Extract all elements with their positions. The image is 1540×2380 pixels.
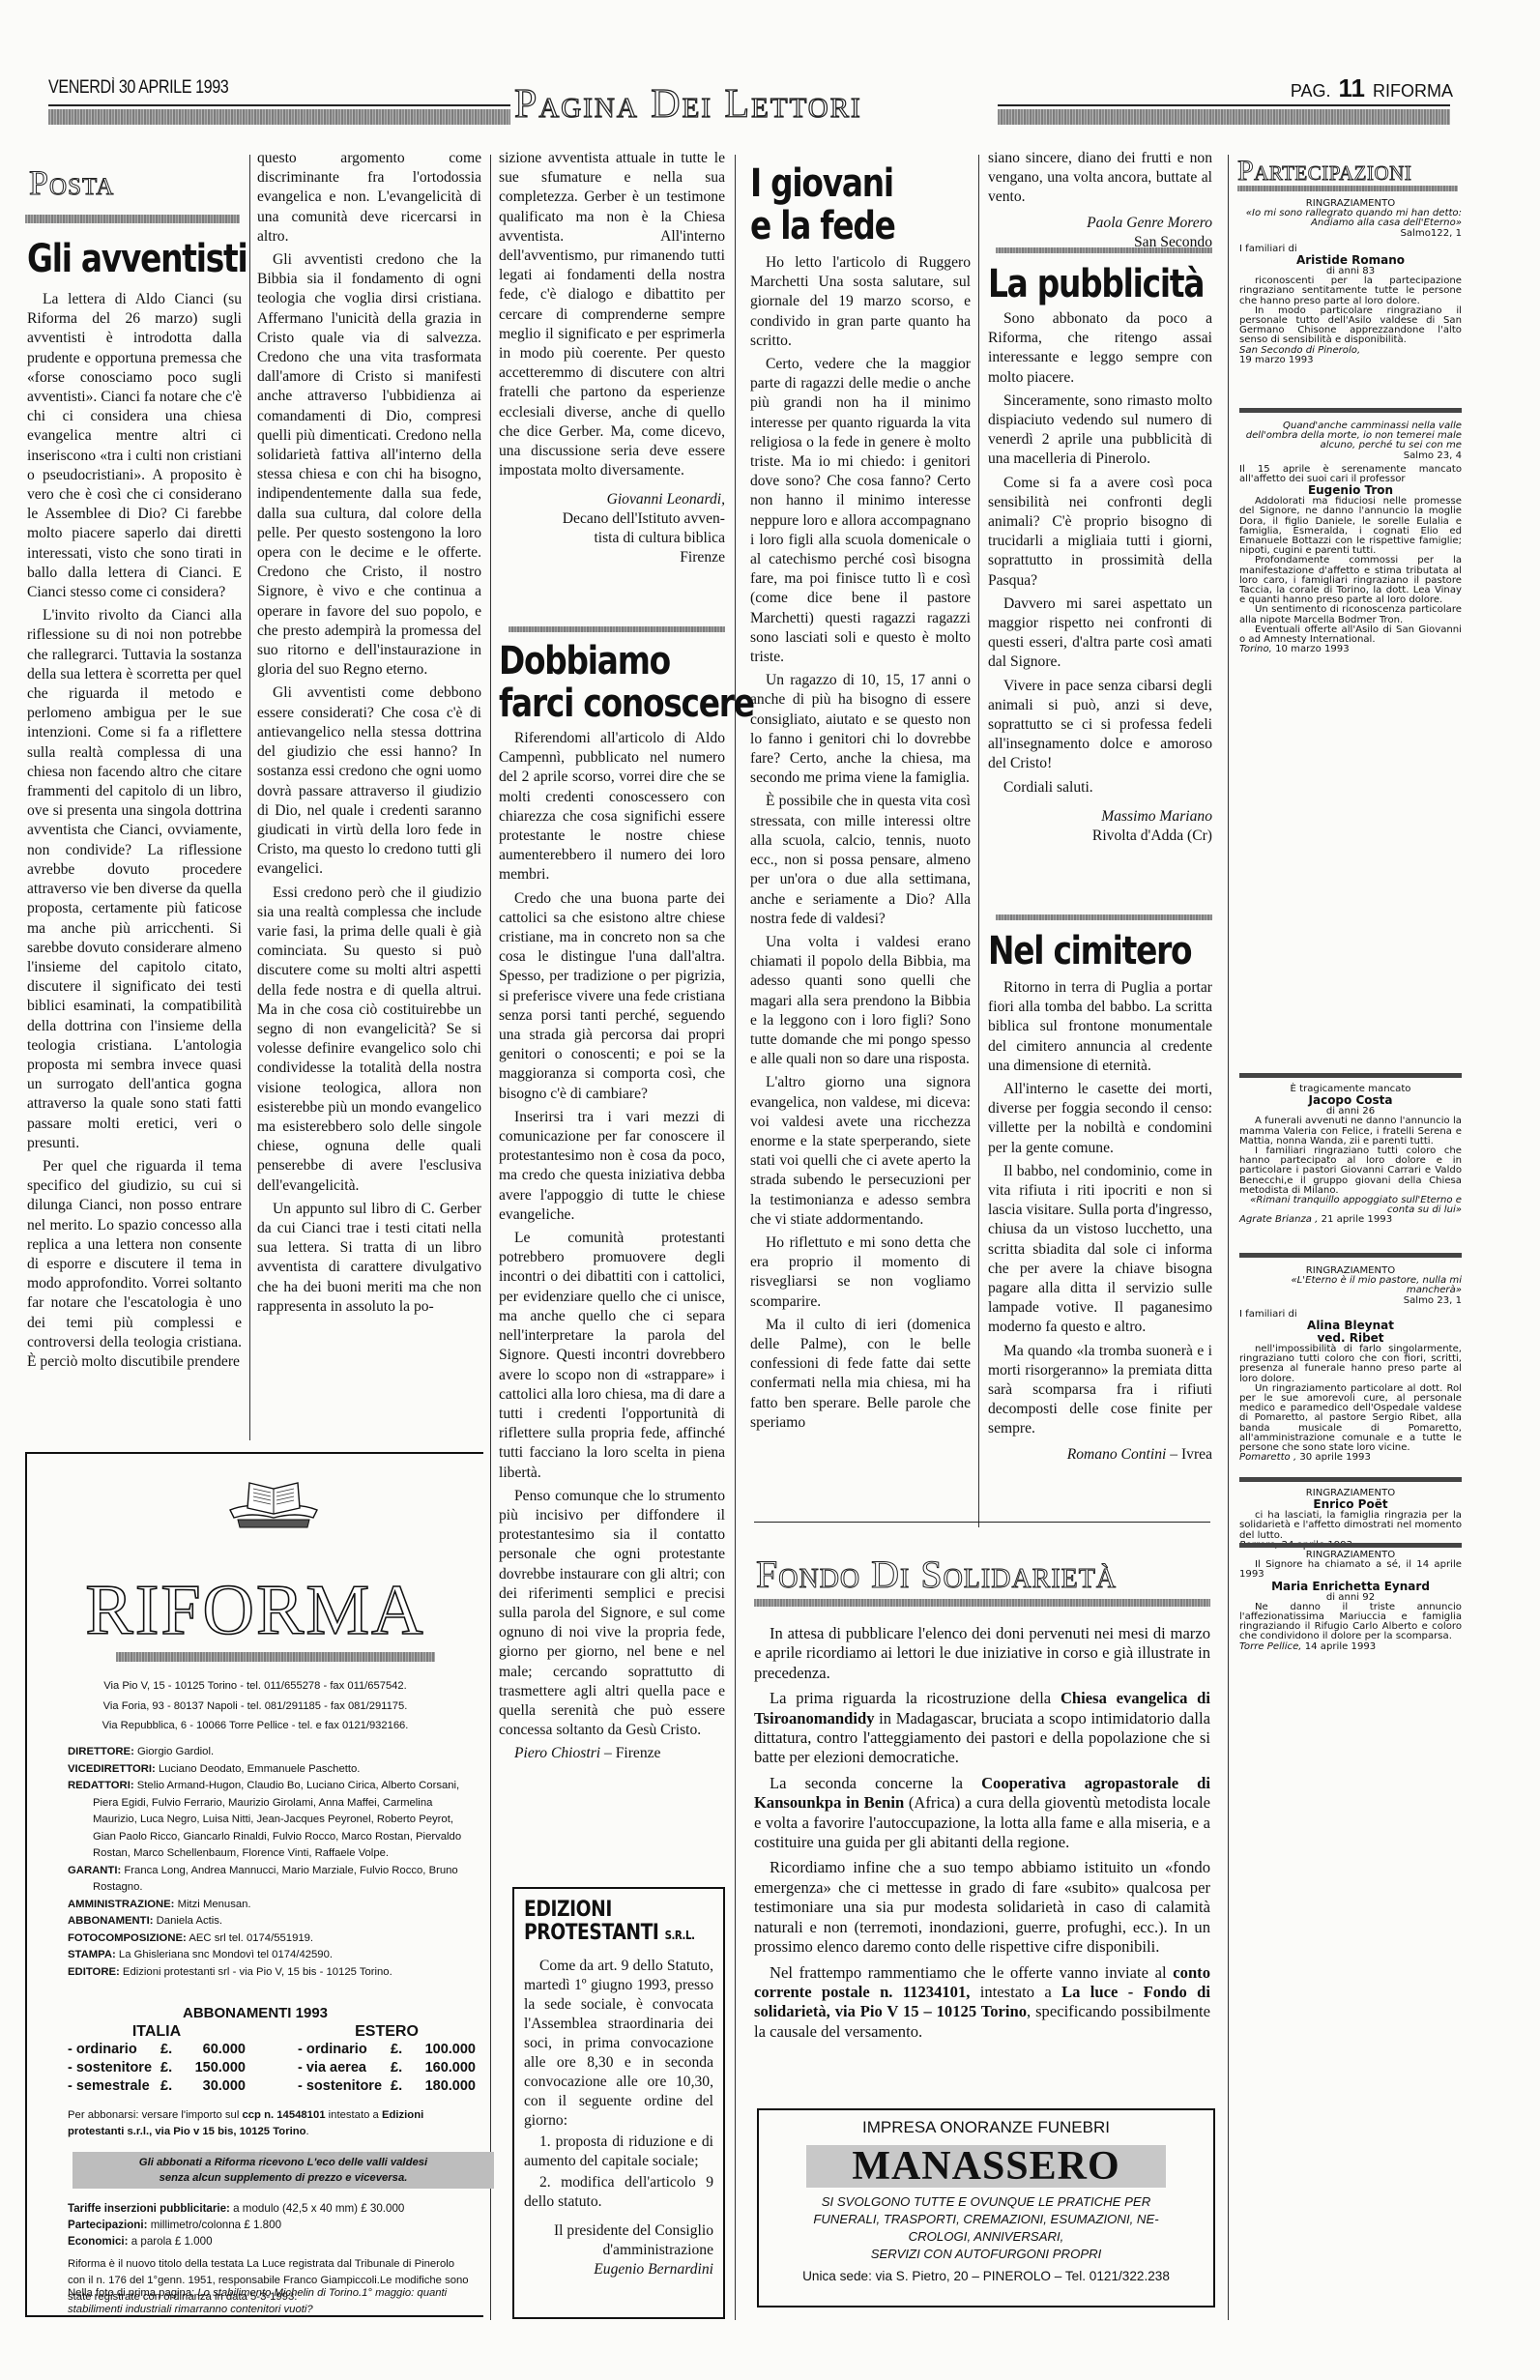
region-label: ITALIA [68, 2022, 246, 2041]
article-dobbiamo: Dobbiamo farci conoscere Riferendomi all… [499, 640, 725, 1768]
paragraph: Gli avventisti credono che la Bibbia sia… [257, 250, 481, 680]
paragraph: Ho riflettuto e mi sono detta che era pr… [750, 1234, 971, 1312]
notice-body: Ne danno il triste annuncio l'affezionat… [1239, 1603, 1462, 1642]
price-row: - sostenitore£.180.000 [298, 2077, 476, 2096]
open-book-logo-icon [220, 1475, 327, 1533]
notice-eugenio-tron: Quand'anche camminassi nella valle dell'… [1239, 421, 1462, 654]
notice-body: ci ha lasciati, la famiglia ringrazia pe… [1239, 1511, 1462, 1541]
notice-separator [1239, 1253, 1462, 1258]
notice-ref: Salmo122, 1 [1239, 229, 1462, 239]
article-separator [996, 247, 1212, 253]
notice-body: Profondamente commossi per la manifestaz… [1239, 556, 1462, 605]
masthead-screen-left [48, 109, 510, 125]
column-divider [249, 155, 250, 1440]
notice-place: San Secondo di Pinerolo, [1239, 345, 1360, 356]
staff-row: STAMPA: La Ghisleriana snc Mondovì tel 0… [68, 1947, 470, 1964]
notice-alina-bleynat: RINGRAZIAMENTO «L'Eterno è il mio pastor… [1239, 1266, 1462, 1463]
section-rule [754, 1599, 1210, 1607]
masthead-rule-left [48, 104, 510, 106]
paragraph: Un ragazzo di 10, 15, 17 anni o anche di… [750, 671, 971, 788]
ad-address: Unica sede: via S. Pietro, 20 – PINEROLO… [759, 2269, 1213, 2283]
paragraph: Come da art. 9 dello Statuto, martedì 1º… [524, 1957, 713, 2131]
column-divider [978, 155, 979, 1527]
author-place: Firenze [499, 548, 725, 567]
agenda-item: 2. modifica dell'articolo 9 dello statut… [524, 2173, 713, 2212]
rate-row: Tariffe inserzioni pubblicitarie: a modu… [68, 2200, 470, 2217]
notice-place: Pomaretto , [1239, 1452, 1296, 1463]
paragraph: Il babbo, nel condominio, come in vita r… [988, 1162, 1212, 1338]
author-name: Piero Chiostri [514, 1745, 600, 1761]
notice-place: Agrate Brianza , [1239, 1214, 1318, 1225]
paragraph: Ricordiamo infine che a suo tempo abbiam… [754, 1858, 1210, 1957]
ad-brand-name: MANASSERO [806, 2145, 1166, 2188]
section-title-fondo: Fondo Di Solidarietà [756, 1552, 1117, 1597]
author-title: tista di cultura biblica [499, 529, 725, 548]
author-name: Paola Genre Morero [1087, 215, 1212, 231]
address-line: Via Repubblica, 6 - 10066 Torre Pellice … [27, 1716, 483, 1736]
notice-ref: Salmo 23, 4 [1239, 451, 1462, 461]
paragraph: Ma quando «la tromba suonerà e i morti r… [988, 1342, 1212, 1439]
eco-valli-banner: Gli abbonati a Riforma ricevono L'eco de… [73, 2152, 494, 2189]
paragraph: Sono abbonato da poco a Riforma, che rit… [988, 309, 1212, 388]
region-label: ESTERO [298, 2022, 476, 2041]
paragraph: Ho letto l'articolo di Ruggero Marchetti… [750, 253, 971, 351]
staff-list: DIRETTORE: Giorgio Gardiol. VICEDIRETTOR… [68, 1744, 470, 1981]
notice-body: I familiari ringraziano tutti coloro che… [1239, 1146, 1462, 1196]
section-top-rule [754, 1522, 1210, 1523]
article-separator [508, 626, 725, 632]
office-addresses: Via Pio V, 15 - 10125 Torino - tel. 011/… [27, 1676, 483, 1736]
price-row: - via aerea£.160.000 [298, 2059, 476, 2077]
price-row: - sostenitore£.150.000 [68, 2059, 246, 2077]
column-divider [490, 155, 491, 2320]
notice-separator [1239, 1543, 1462, 1548]
notice-enrico-poet: RINGRAZIAMENTO Enrico Poët ci ha lasciat… [1239, 1489, 1462, 1551]
signer-role: Il presidente del Consiglio [524, 2221, 713, 2241]
address-line: Via Pio V, 15 - 10125 Torino - tel. 011/… [27, 1676, 483, 1697]
rate-row: Partecipazioni: millimetro/colonna £ 1.8… [68, 2217, 470, 2233]
article-gli-avventisti-col3: sizione avventista attuale in tutte le s… [499, 149, 725, 567]
notice-date: 21 aprile 1993 [1322, 1214, 1393, 1225]
paragraph: Credo che una buona parte dei cattolici … [499, 889, 725, 1104]
signature: Giovanni Leonardi, Decano dell'Istituto … [499, 490, 725, 567]
article-gli-avventisti-col1: Gli avventisti La lettera di Aldo Cianci… [27, 238, 242, 1376]
rate-row: Economici: a parola £ 1.000 [68, 2233, 470, 2249]
notice-title: EDIZIONI PROTESTANTI S.R.L. [524, 1899, 693, 1947]
paragraph: Una volta i valdesi erano chiamati il po… [750, 933, 971, 1069]
column-divider [1228, 155, 1229, 2320]
staff-row: FOTOCOMPOSIZIONE: AEC srl tel. 0174/5519… [68, 1930, 470, 1948]
author-name: Massimo Mariano [1101, 808, 1212, 825]
notice-date: 14 aprile 1993 [1305, 1641, 1377, 1652]
notice-body: Eventuali offerte all'Asilo di San Giova… [1239, 625, 1462, 645]
staff-row: AMMINISTRAZIONE: Mitzi Menusan. [68, 1897, 470, 1914]
article-i-giovani-continued: siano sincere, diano dei frutti e non ve… [988, 149, 1212, 252]
paragraph: siano sincere, diano dei frutti e non ve… [988, 149, 1212, 208]
notice-jacopo-costa: È tragicamente mancato Jacopo Costa di a… [1239, 1085, 1462, 1226]
section-rule [25, 215, 240, 223]
article-gli-avventisti-col2: questo argomento come discriminante fra … [257, 149, 481, 1321]
title-line: EDIZIONI [524, 1899, 693, 1922]
headline: Nel cimitero [988, 930, 1172, 972]
signature: Romano Contini – Ivrea [988, 1445, 1212, 1465]
headline-line: I giovani [750, 162, 931, 205]
signature: Massimo Mariano Rivolta d'Adda (Cr) [988, 807, 1212, 846]
deceased-name: Maria Enrichetta Eynard [1239, 1581, 1462, 1593]
paragraph: L'altro giorno una signora evangelica, n… [750, 1073, 971, 1230]
subscriptions-estero: ESTERO - ordinario£.100.000 - via aerea£… [298, 2022, 476, 2096]
ad-heading: IMPRESA ONORANZE FUNEBRI [759, 2118, 1213, 2137]
notice-body: Un ringraziamento particolare al dott. R… [1239, 1384, 1462, 1453]
address-line: Via Foria, 93 - 80137 Napoli - tel. 081/… [27, 1697, 483, 1717]
paragraph: Come si fa a avere così poca sensibilità… [988, 474, 1212, 591]
author-place: Rivolta d'Adda (Cr) [988, 827, 1212, 846]
paragraph: Ritorno in terra di Puglia a portar fior… [988, 978, 1212, 1076]
article-la-pubblicita: La pubblicità Sono abbonato da poco a Ri… [988, 263, 1212, 846]
notice-intro: Il Signore ha chiamato a sé, il 14 april… [1239, 1560, 1462, 1580]
paragraph: L'invito rivolto da Cianci alla riflessi… [27, 606, 242, 1153]
section-title-partecipazioni: Partecipazioni [1237, 155, 1411, 188]
paragraph: Le comunità protestanti potrebbero promu… [499, 1229, 725, 1483]
ad-services: SI SVOLGONO TUTTE E OVUNQUE LE PRATICHE … [759, 2193, 1213, 2263]
headline: La pubblicità [988, 263, 1172, 305]
article-i-giovani: I giovani e la fede Ho letto l'articolo … [750, 162, 971, 1437]
paragraph: Gli avventisti come debbono essere consi… [257, 683, 481, 879]
staff-row: REDATTORI: Stelio Armand-Hugon, Claudio … [68, 1778, 470, 1863]
staff-row: VICEDIRETTORI: Luciano Deodato, Emmanuel… [68, 1761, 470, 1779]
notice-quote: «Rimani tranquillo appoggiato sull'Etern… [1250, 1195, 1462, 1215]
paragraph: Vivere in pace senza cibarsi degli anima… [988, 677, 1212, 774]
headline-line: e la fede [750, 205, 931, 247]
headline: Gli avventisti [27, 238, 203, 280]
logo-rule [116, 1652, 435, 1662]
paragraph: È possibile che in questa vita così stre… [750, 792, 971, 928]
subscriptions-italia: ITALIA - ordinario£.60.000 - sostenitore… [68, 2022, 246, 2096]
notice-aristide-romano: RINGRAZIAMENTO «Io mi sono rallegrato qu… [1239, 199, 1462, 365]
page-number-block: PAG. 11 RIFORMA [1291, 73, 1453, 103]
notice-date: 19 marzo 1993 [1239, 356, 1462, 365]
paper-name: RIFORMA [1373, 81, 1453, 102]
advertisement-manassero: IMPRESA ONORANZE FUNEBRI MANASSERO SI SV… [757, 2108, 1215, 2307]
subscriptions-title: ABBONAMENTI 1993 [27, 2005, 483, 2021]
paragraph: Cordiali saluti. [988, 778, 1212, 798]
author-name: Romano Contini [1067, 1446, 1167, 1463]
agenda-item: 1. proposta di riduzione e di aumento de… [524, 2133, 713, 2171]
paragraph: Per quel che riguarda il tema specifico … [27, 1157, 242, 1372]
paragraph: sizione avventista attuale in tutte le s… [499, 149, 725, 480]
article-separator [996, 914, 1212, 920]
riforma-colophon-box: RIFORMA Via Pio V, 15 - 10125 Torino - t… [25, 1452, 483, 2317]
signer-name: Eugenio Bernardini [594, 2261, 713, 2278]
paragraph: In attesa di pubblicare l'elenco dei don… [754, 1624, 1210, 1683]
riforma-logo: RIFORMA [27, 1570, 483, 1652]
notice-body: nell'impossibilità di farlo singolarment… [1239, 1345, 1462, 1384]
notice-date: 30 aprile 1993 [1299, 1452, 1371, 1463]
photo-caption-note: Nella foto di prima pagina: Lo stabilime… [68, 2285, 470, 2318]
signature: Paola Genre Morero San Secondo [988, 214, 1212, 252]
notice-maria-enrichetta-eynard: RINGRAZIAMENTO Il Signore ha chiamato a … [1239, 1551, 1462, 1652]
notice-body: Un sentimento di riconoscenza particolar… [1239, 605, 1462, 624]
notice-date: 10 marzo 1993 [1275, 644, 1350, 654]
paragraph: La prima riguarda la ricostruzione della… [754, 1689, 1210, 1768]
staff-row: DIRETTORE: Giorgio Gardiol. [68, 1744, 470, 1761]
notice-separator [1239, 1073, 1462, 1078]
notice-quote: «Io mi sono rallegrato quando mi han det… [1246, 208, 1462, 228]
page-number: 11 [1339, 73, 1366, 103]
notice-separator [1239, 408, 1462, 413]
staff-row: GARANTI: Franca Long, Andrea Mannucci, M… [68, 1863, 470, 1897]
issue-date: VENERDÌ 30 APRILE 1993 [48, 77, 228, 99]
paragraph: Nel frattempo rammentiamo che le offerte… [754, 1963, 1210, 2043]
author-name: Giovanni Leonardi, [607, 491, 725, 508]
paragraph: La lettera di Aldo Cianci (su Riforma de… [27, 290, 242, 602]
staff-row: EDITORE: Edizioni protestanti srl - via … [68, 1964, 470, 1982]
paragraph: All'interno le casette dei morti, divers… [988, 1080, 1212, 1158]
staff-row: ABBONAMENTI: Daniela Actis. [68, 1913, 470, 1930]
paragraph: La seconda concerne la Cooperativa agrop… [754, 1774, 1210, 1853]
masthead-rule-right [998, 104, 1450, 106]
paragraph: Essi credono però che il giudizio sia un… [257, 884, 481, 1196]
title-suffix: S.R.L. [665, 1929, 695, 1942]
paragraph: Riferendomi all'articolo di Aldo Campenn… [499, 729, 725, 885]
notice-body: In modo particolare ringraziano il perso… [1239, 306, 1462, 346]
column-divider [735, 155, 736, 2320]
paragraph: Ma il culto di ieri (domenica delle Palm… [750, 1316, 971, 1433]
signature: Piero Chiostri – Firenze [499, 1744, 725, 1763]
headline-line: farci conoscere [499, 682, 684, 725]
notice-place: Torino, [1239, 644, 1272, 654]
section-title-posta: Posta [29, 162, 114, 203]
price-row: - semestrale£.30.000 [68, 2077, 246, 2096]
notice-edizioni-protestanti: EDIZIONI PROTESTANTI S.R.L. Come da art.… [512, 1887, 725, 2319]
notice-separator [1239, 1477, 1462, 1482]
headline: I giovani e la fede [750, 162, 931, 247]
paragraph: Penso comunque che lo strumento più inci… [499, 1487, 725, 1741]
page-section-title: Pagina Dei Lettori [514, 81, 862, 128]
price-row: - ordinario£.60.000 [68, 2041, 246, 2059]
notice-place: Torre Pellice, [1239, 1641, 1302, 1652]
notice-intro: Il 15 aprile è serenamente mancato all'a… [1239, 465, 1462, 484]
author-title: Decano dell'Istituto avven- [499, 509, 725, 529]
masthead-screen-right [998, 109, 1450, 125]
notice-body: riconoscenti per la partecipazione ringr… [1239, 276, 1462, 306]
page-label: PAG. [1291, 81, 1331, 102]
price-row: - ordinario£.100.000 [298, 2041, 476, 2059]
article-nel-cimitero: Nel cimitero Ritorno in terra di Puglia … [988, 930, 1212, 1468]
headline-line: Dobbiamo [499, 640, 684, 682]
notice-quote: Quand'anche camminassi nella valle dell'… [1246, 421, 1462, 450]
paragraph: Certo, vedere che la maggior parte di ra… [750, 355, 971, 667]
section-rule [1237, 186, 1458, 191]
paragraph: Inserirsi tra i vari mezzi di comunicazi… [499, 1108, 725, 1225]
notice-quote: «L'Eterno è il mio pastore, nulla mi man… [1291, 1275, 1462, 1295]
author-place: – Firenze [604, 1745, 660, 1761]
notice-ref: Salmo 23, 1 [1239, 1296, 1462, 1306]
notice-body: A funerali avvenuti ne danno l'annuncio … [1239, 1117, 1462, 1146]
paragraph: Davvero mi sarei aspettato un maggior ri… [988, 595, 1212, 673]
paragraph: questo argomento come discriminante fra … [257, 149, 481, 247]
fondo-solidarieta-text: In attesa di pubblicare l'elenco dei don… [754, 1624, 1210, 2047]
paragraph: Un appunto sul libro di C. Gerber da cui… [257, 1200, 481, 1317]
notice-body: Addolorati ma fiduciosi nelle promesse d… [1239, 497, 1462, 556]
headline: Dobbiamo farci conoscere [499, 640, 684, 725]
author-place: – Ivrea [1170, 1446, 1212, 1463]
title-line: PROTESTANTI [524, 1921, 658, 1945]
paragraph: Sinceramente, sono rimasto molto dispiac… [988, 392, 1212, 470]
advertising-rates: Tariffe inserzioni pubblicitarie: a modu… [68, 2200, 470, 2249]
how-to-subscribe: Per abbonarsi: versare l'importo sul ccp… [68, 2107, 470, 2140]
signer-role: d'amministrazione [524, 2241, 713, 2260]
